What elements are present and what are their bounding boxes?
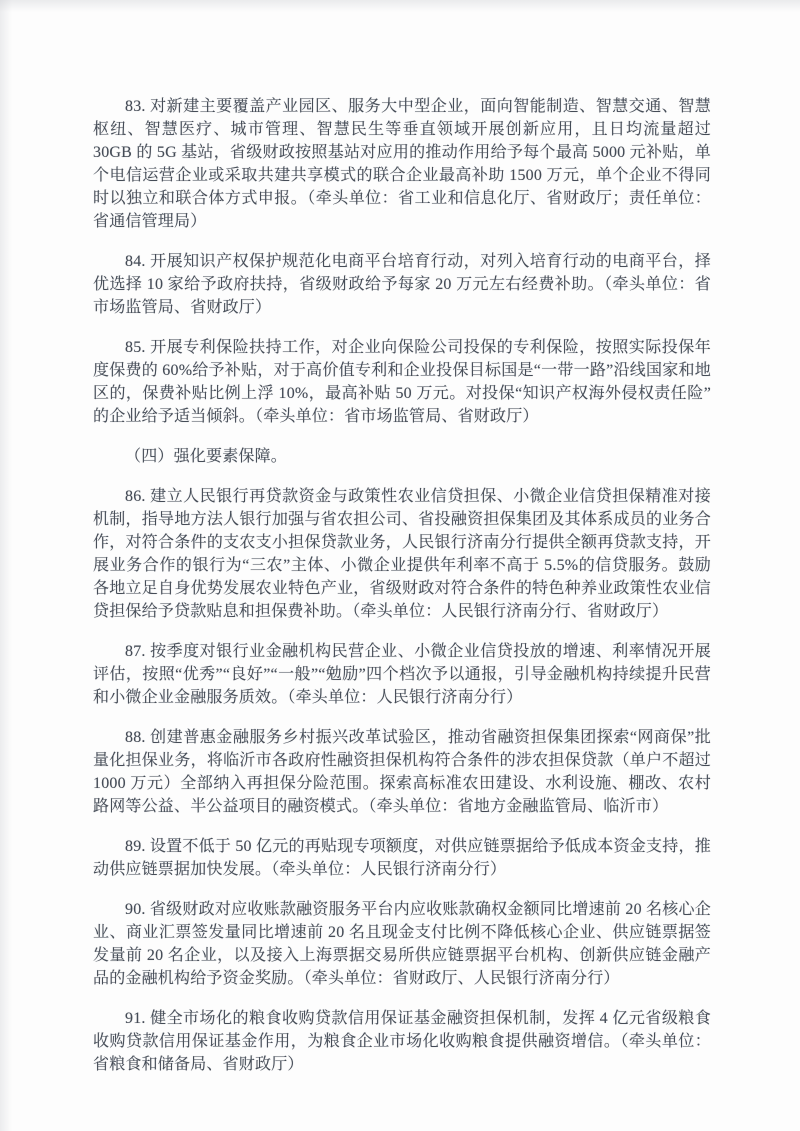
paragraph-89: 89. 设置不低于 50 亿元的再贴现专项额度，对供应链票据给予低成本资金支持，… bbox=[93, 835, 711, 881]
document-content: 83. 对新建主要覆盖产业园区、服务大中型企业，面向智能制造、智慧交通、智慧枢纽… bbox=[0, 0, 800, 1076]
paragraph-85: 85. 开展专利保险扶持工作，对企业向保险公司投保的专利保险，按照实际投保年度保… bbox=[93, 336, 711, 428]
paragraph-88: 88. 创建普惠金融服务乡村振兴改革试验区，推动省融资担保集团探索“网商保”批量… bbox=[93, 726, 711, 818]
document-page: 83. 对新建主要覆盖产业园区、服务大中型企业，面向智能制造、智慧交通、智慧枢纽… bbox=[0, 0, 800, 1131]
paragraph-91: 91. 健全市场化的粮食收购贷款信用保证基金融资担保机制，发挥 4 亿元省级粮食… bbox=[93, 1007, 711, 1076]
paragraph-83: 83. 对新建主要覆盖产业园区、服务大中型企业，面向智能制造、智慧交通、智慧枢纽… bbox=[93, 95, 711, 233]
paragraph-90: 90. 省级财政对应收账款融资服务平台内应收账款确权金额同比增速前 20 名核心… bbox=[93, 898, 711, 990]
paragraph-84: 84. 开展知识产权保护规范化电商平台培育行动，对列入培育行动的电商平台，择优选… bbox=[93, 250, 711, 319]
paragraph-86: 86. 建立人民银行再贷款资金与政策性农业信贷担保、小微企业信贷担保精准对接机制… bbox=[93, 485, 711, 623]
section-heading-4: （四）强化要素保障。 bbox=[93, 445, 711, 468]
paragraph-87: 87. 按季度对银行业金融机构民营企业、小微企业信贷投放的增速、利率情况开展评估… bbox=[93, 640, 711, 709]
